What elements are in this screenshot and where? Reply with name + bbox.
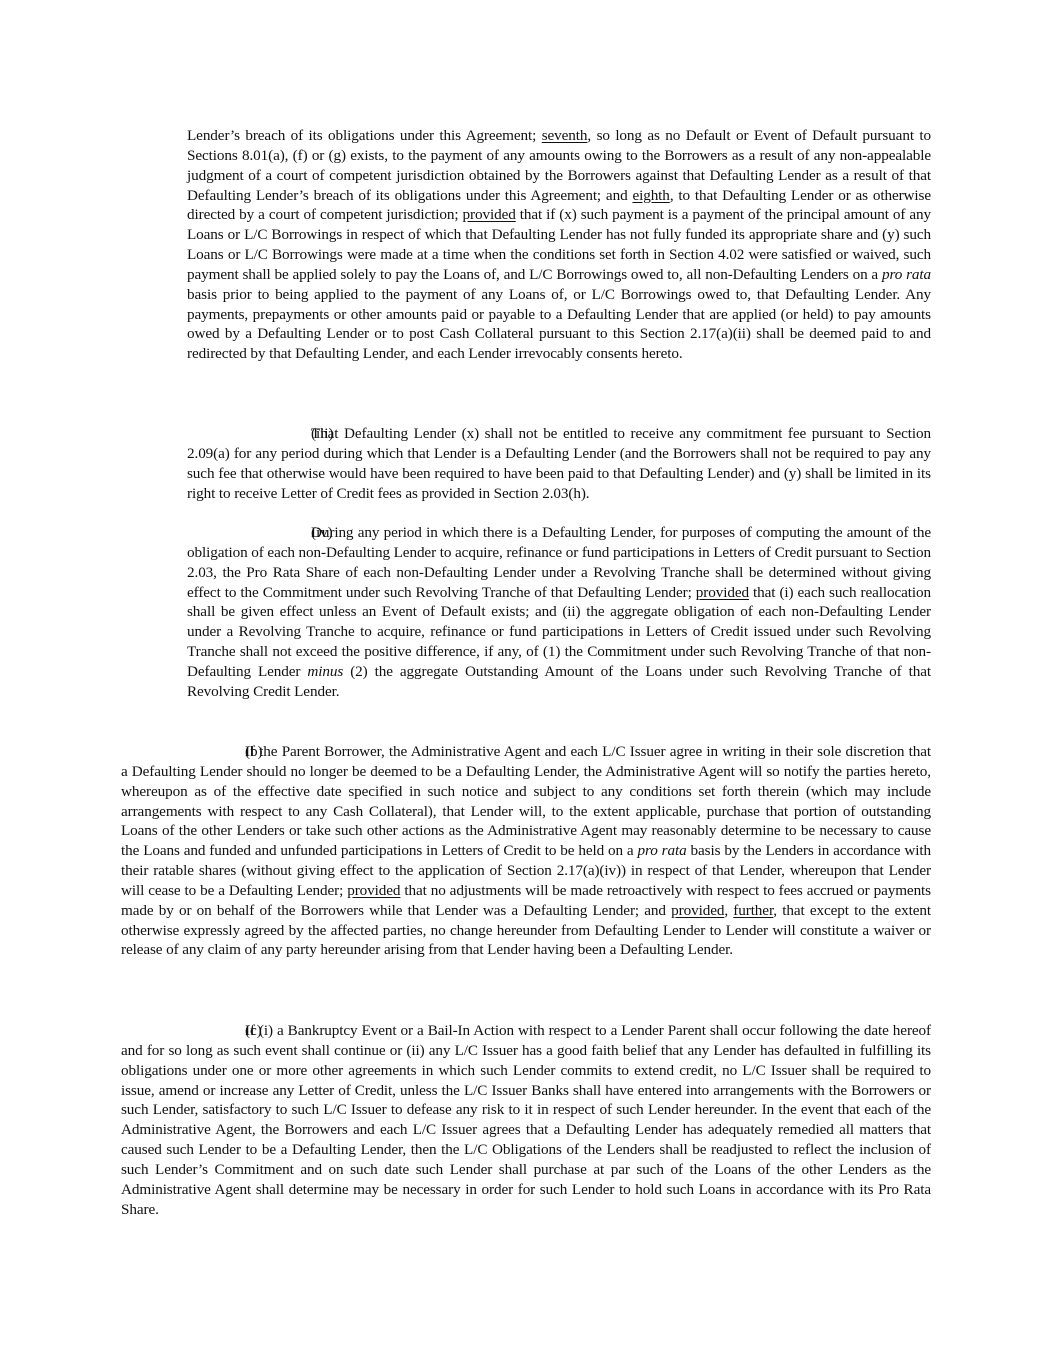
underlined-term-further: further: [733, 902, 773, 919]
paragraph-clause-iii: (iii)That Defaulting Lender (x) shall no…: [187, 424, 931, 503]
underlined-term-provided: provided: [347, 882, 400, 899]
text-run: Lender’s breach of its obligations under…: [187, 127, 542, 144]
text-run: basis prior to being applied to the paym…: [187, 286, 931, 363]
paragraph-clause-c: (c)If (i) a Bankruptcy Event or a Bail-I…: [121, 1021, 931, 1219]
paragraph-clause-iv: (iv)During any period in which there is …: [187, 523, 931, 702]
text-run: ,: [724, 902, 733, 919]
clause-label-iv: (iv): [249, 523, 311, 543]
clause-label-c: (c): [183, 1021, 245, 1041]
paragraph-clause-b: (b)If the Parent Borrower, the Administr…: [121, 742, 931, 960]
clause-label-b: (b): [183, 742, 245, 762]
underlined-term-provided: provided: [671, 902, 724, 919]
underlined-term-provided: provided: [696, 584, 749, 601]
clause-text: If (i) a Bankruptcy Event or a Bail-In A…: [121, 1022, 931, 1218]
document-page: Lender’s breach of its obligations under…: [0, 0, 1055, 1365]
underlined-term-eighth: eighth: [632, 187, 669, 204]
underlined-term-seventh: seventh: [542, 127, 588, 144]
italic-term-minus: minus: [307, 663, 343, 680]
italic-term-pro-rata: pro rata: [882, 266, 931, 283]
clause-label-iii: (iii): [249, 424, 311, 444]
italic-term-pro-rata: pro rata: [638, 842, 687, 859]
paragraph-continuation: Lender’s breach of its obligations under…: [187, 126, 931, 364]
underlined-term-provided: provided: [463, 206, 516, 223]
